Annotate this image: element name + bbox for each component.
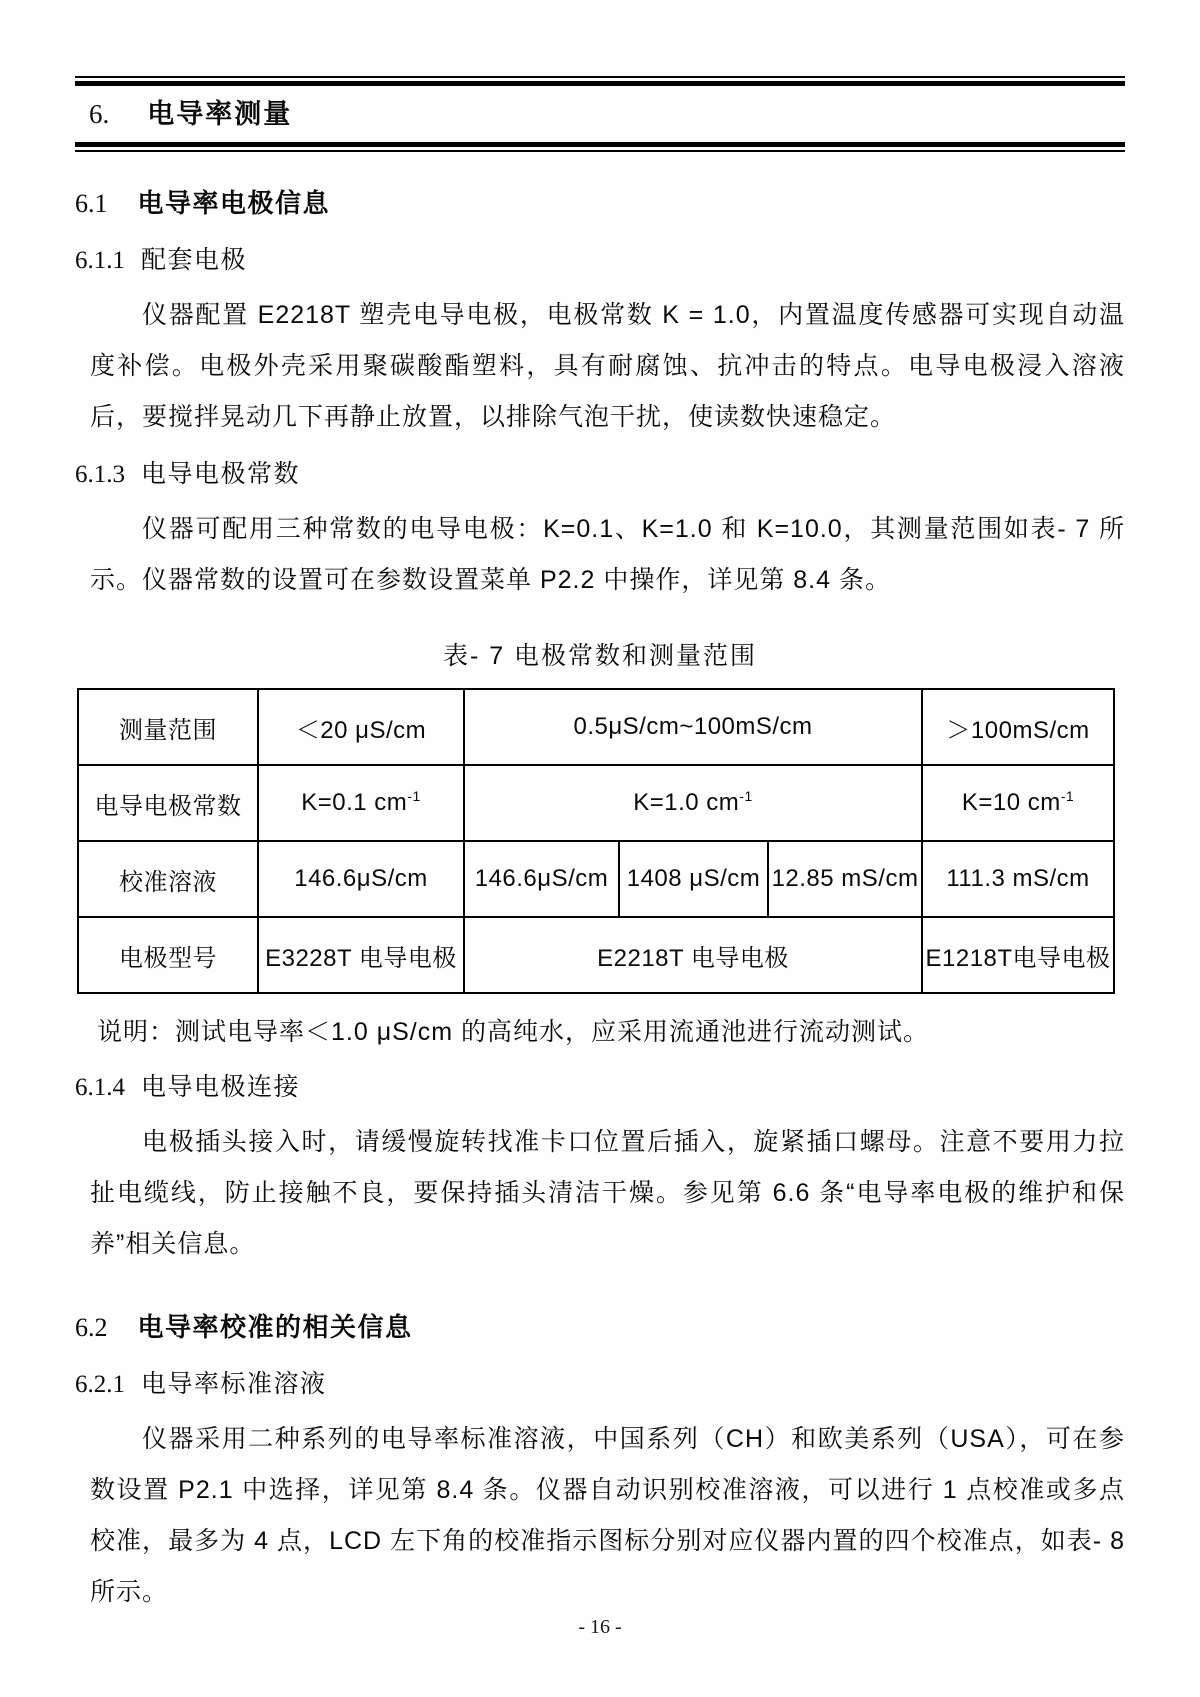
heading-6-2: 6.2 电导率校准的相关信息 <box>75 1310 1125 1345</box>
exponent: -1 <box>407 788 420 804</box>
chapter-title-row: 6. 电导率测量 <box>75 86 1125 142</box>
chapter-title: 电导率测量 <box>147 96 292 132</box>
cell: K=10 cm-1 <box>922 765 1114 841</box>
heading-number: 6.1 <box>75 187 108 221</box>
row-label: 测量范围 <box>78 689 258 765</box>
heading-title: 电导电极常数 <box>141 457 300 491</box>
chapter-number: 6. <box>89 96 109 132</box>
heading-number: 6.1.4 <box>75 1071 125 1105</box>
row-label: 校准溶液 <box>78 841 258 917</box>
paragraph-6-1-4: 电极插头接入时，请缓慢旋转找准卡口位置后插入，旋紧插口螺母。注意不要用力拉扯电缆… <box>90 1117 1125 1270</box>
heading-6-1: 6.1 电导率电极信息 <box>75 186 1125 221</box>
paragraph-6-1-1: 仪器配置 E2218T 塑壳电导电极，电极常数 K = 1.0，内置温度传感器可… <box>90 290 1125 443</box>
cell: 12.85 mS/cm <box>768 841 922 917</box>
heading-title: 配套电极 <box>141 243 247 277</box>
heading-number: 6.1.3 <box>75 458 125 492</box>
cell: E1218T电导电极 <box>922 917 1114 993</box>
bottom-rule-thin <box>75 150 1125 152</box>
table-row-calibration-solution: 校准溶液 146.6μS/cm 146.6μS/cm 1408 μS/cm 12… <box>78 841 1114 917</box>
cell: 1408 μS/cm <box>619 841 768 917</box>
heading-number: 6.2.1 <box>75 1368 125 1402</box>
constant-value: K=1.0 cm <box>633 789 739 816</box>
cell: K=1.0 cm-1 <box>464 765 922 841</box>
heading-number: 6.2 <box>75 1311 108 1345</box>
heading-title: 电导电极连接 <box>141 1070 300 1104</box>
heading-title: 电导率标准溶液 <box>141 1367 327 1401</box>
cell: 111.3 mS/cm <box>922 841 1114 917</box>
heading-6-1-1: 6.1.1 配套电极 <box>75 243 1125 278</box>
cell: ＜20 μS/cm <box>258 689 464 765</box>
cell: ＞100mS/cm <box>922 689 1114 765</box>
paragraph-6-2-1: 仪器采用二种系列的电导率标准溶液，中国系列（CH）和欧美系列（USA），可在参数… <box>90 1414 1125 1618</box>
cell: E2218T 电导电极 <box>464 917 922 993</box>
cell: 146.6μS/cm <box>464 841 619 917</box>
document-page: 6. 电导率测量 6.1 电导率电极信息 6.1.1 配套电极 仪器配置 E22… <box>0 0 1200 1697</box>
exponent: -1 <box>1061 788 1074 804</box>
page-number: - 16 - <box>0 1616 1200 1639</box>
constant-value: K=0.1 cm <box>301 789 407 816</box>
table-7: 测量范围 ＜20 μS/cm 0.5μS/cm~100mS/cm ＞100mS/… <box>77 688 1115 994</box>
cell: 146.6μS/cm <box>258 841 464 917</box>
cell: K=0.1 cm-1 <box>258 765 464 841</box>
heading-6-1-3: 6.1.3 电导电极常数 <box>75 457 1125 492</box>
chapter-header: 6. 电导率测量 <box>75 76 1125 152</box>
table-row-cell-constant: 电导电极常数 K=0.1 cm-1 K=1.0 cm-1 K=10 cm-1 <box>78 765 1114 841</box>
paragraph-6-1-3: 仪器可配用三种常数的电导电极：K=0.1、K=1.0 和 K=10.0，其测量范… <box>90 504 1125 606</box>
table-7-caption: 表- 7 电极常数和测量范围 <box>75 636 1125 672</box>
heading-title: 电导率校准的相关信息 <box>138 1310 413 1344</box>
heading-6-2-1: 6.2.1 电导率标准溶液 <box>75 1367 1125 1402</box>
constant-value: K=10 cm <box>962 789 1061 816</box>
cell: E3228T 电导电极 <box>258 917 464 993</box>
heading-6-1-4: 6.1.4 电导电极连接 <box>75 1070 1125 1105</box>
cell: 0.5μS/cm~100mS/cm <box>464 689 922 765</box>
table-7-note: 说明：测试电导率＜1.0 μS/cm 的高纯水，应采用流通池进行流动测试。 <box>97 1010 1125 1054</box>
heading-number: 6.1.1 <box>75 244 125 278</box>
table-row-measure-range: 测量范围 ＜20 μS/cm 0.5μS/cm~100mS/cm ＞100mS/… <box>78 689 1114 765</box>
exponent: -1 <box>739 788 752 804</box>
table-row-electrode-model: 电极型号 E3228T 电导电极 E2218T 电导电极 E1218T电导电极 <box>78 917 1114 993</box>
row-label: 电极型号 <box>78 917 258 993</box>
row-label: 电导电极常数 <box>78 765 258 841</box>
heading-title: 电导率电极信息 <box>138 186 331 220</box>
